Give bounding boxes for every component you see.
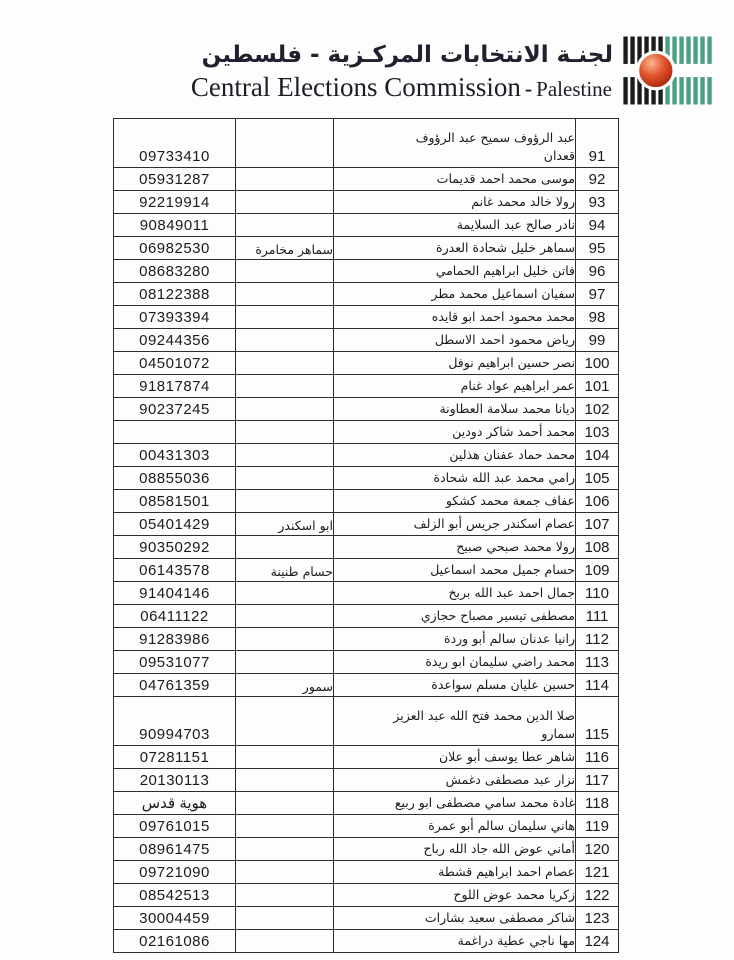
cell-national-id: 00431303	[114, 444, 236, 467]
cell-row-number: 105	[576, 467, 619, 490]
cell-name: حسين عليان مسلم سواعدة	[334, 674, 576, 697]
cell-row-number: 91	[576, 119, 619, 168]
cell-note	[236, 697, 334, 746]
cell-note	[236, 329, 334, 352]
table-row: 07281151شاهر عطا يوسف أبو علان116	[114, 746, 619, 769]
cell-row-number: 108	[576, 536, 619, 559]
cell-row-number: 116	[576, 746, 619, 769]
cell-national-id: 92219914	[114, 191, 236, 214]
cell-row-number: 99	[576, 329, 619, 352]
cell-note	[236, 628, 334, 651]
cell-national-id: 91283986	[114, 628, 236, 651]
cell-row-number: 113	[576, 651, 619, 674]
header-title-english-palestine: Palestine	[536, 77, 612, 101]
header-title-english-dash: -	[525, 76, 532, 101]
table-row: 06982530سماهر مخامرةسماهر خليل شحادة الع…	[114, 237, 619, 260]
cell-note	[236, 398, 334, 421]
cell-row-number: 95	[576, 237, 619, 260]
cell-name: غادة محمد سامي مصطفى ابو ربيع	[334, 792, 576, 815]
table-row: 91404146جمال احمد عبد الله بربخ110	[114, 582, 619, 605]
cell-row-number: 92	[576, 168, 619, 191]
cell-note	[236, 651, 334, 674]
table-row: 09721090عصام احمد ابراهيم قشطة121	[114, 861, 619, 884]
table-row: 92219914رولا خالد محمد غانم93	[114, 191, 619, 214]
cell-name: مها ناجي عطية دراغمة	[334, 930, 576, 953]
cell-note	[236, 260, 334, 283]
cec-logo-svg	[622, 35, 714, 106]
table-row: محمد أحمد شاكر دودين103	[114, 421, 619, 444]
cell-row-number: 120	[576, 838, 619, 861]
cell-name: رامي محمد عبد الله شحادة	[334, 467, 576, 490]
cell-note	[236, 536, 334, 559]
voter-table-body: 09733410عبد الرؤوف سميح عبد الرؤوف قعدان…	[114, 119, 619, 953]
cell-row-number: 124	[576, 930, 619, 953]
cell-note	[236, 119, 334, 168]
cell-note	[236, 861, 334, 884]
cell-row-number: 94	[576, 214, 619, 237]
cell-name: عصام احمد ابراهيم قشطة	[334, 861, 576, 884]
cell-row-number: 96	[576, 260, 619, 283]
cell-row-number: 114	[576, 674, 619, 697]
cell-name: نادر صالح عبد السلايمة	[334, 214, 576, 237]
cell-national-id: 06411122	[114, 605, 236, 628]
cell-row-number: 98	[576, 306, 619, 329]
cell-row-number: 107	[576, 513, 619, 536]
cell-name: رولا محمد صبحي صبيح	[334, 536, 576, 559]
cell-national-id: 04761359	[114, 674, 236, 697]
cell-name: شاهر عطا يوسف أبو علان	[334, 746, 576, 769]
cell-national-id: 02161086	[114, 930, 236, 953]
cell-note	[236, 421, 334, 444]
cell-name: أماني عوض الله جاد الله رباح	[334, 838, 576, 861]
cell-row-number: 103	[576, 421, 619, 444]
cell-name: رياض محمود احمد الاسطل	[334, 329, 576, 352]
cell-national-id: 08122388	[114, 283, 236, 306]
cell-name: زكريا محمد عوض اللوح	[334, 884, 576, 907]
table-row: 90994703صلا الدين محمد فتح الله عبد العز…	[114, 697, 619, 746]
cell-national-id: 05401429	[114, 513, 236, 536]
cell-national-id: 09244356	[114, 329, 236, 352]
table-row: 00431303محمد حماد عفنان هذلين104	[114, 444, 619, 467]
cell-row-number: 101	[576, 375, 619, 398]
cell-name: رانيا عدنان سالم أبو وردة	[334, 628, 576, 651]
header: لجنـة الانتخابات المركـزية - فلسطين Cent…	[0, 0, 734, 115]
cell-note: ابو اسكندر	[236, 513, 334, 536]
cell-row-number: 117	[576, 769, 619, 792]
cell-name: محمد حماد عفنان هذلين	[334, 444, 576, 467]
cell-national-id: 90994703	[114, 697, 236, 746]
cell-national-id: 06143578	[114, 559, 236, 582]
cell-note	[236, 930, 334, 953]
table-row: 08855036رامي محمد عبد الله شحادة105	[114, 467, 619, 490]
cell-row-number: 100	[576, 352, 619, 375]
table-row: 05401429ابو اسكندرعصام اسكندر جريس أبو ا…	[114, 513, 619, 536]
cell-note	[236, 884, 334, 907]
cell-note	[236, 582, 334, 605]
cell-name: هاني سليمان سالم أبو عمرة	[334, 815, 576, 838]
cell-row-number: 102	[576, 398, 619, 421]
cell-row-number: 106	[576, 490, 619, 513]
table-row: 09761015هاني سليمان سالم أبو عمرة119	[114, 815, 619, 838]
cell-national-id: 09721090	[114, 861, 236, 884]
cell-name: رولا خالد محمد غانم	[334, 191, 576, 214]
logo-red-ball	[638, 52, 675, 89]
cell-note	[236, 375, 334, 398]
cell-national-id: 08683280	[114, 260, 236, 283]
cell-name: نزار عبد مصطفى دغمش	[334, 769, 576, 792]
table-row: 91817874عمر ابراهيم عواد غنام101	[114, 375, 619, 398]
cell-name: محمد محمود احمد ابو قايده	[334, 306, 576, 329]
table-row: 08542513زكريا محمد عوض اللوح122	[114, 884, 619, 907]
cell-name: حسام جميل محمد اسماعيل	[334, 559, 576, 582]
table-row: 08122388سفيان اسماعيل محمد مطر97	[114, 283, 619, 306]
cell-note	[236, 769, 334, 792]
table-row: 06143578حسام طنينةحسام جميل محمد اسماعيل…	[114, 559, 619, 582]
cell-name: سماهر خليل شحادة العدرة	[334, 237, 576, 260]
cell-national-id: 09733410	[114, 119, 236, 168]
cell-national-id: 07393394	[114, 306, 236, 329]
cell-name: صلا الدين محمد فتح الله عبد العزيز سمارو	[334, 697, 576, 746]
cell-note	[236, 168, 334, 191]
cell-note	[236, 191, 334, 214]
cell-note	[236, 907, 334, 930]
table-row: 91283986رانيا عدنان سالم أبو وردة112	[114, 628, 619, 651]
cell-note	[236, 444, 334, 467]
cell-name: عبد الرؤوف سميح عبد الرؤوف قعدان	[334, 119, 576, 168]
cell-row-number: 111	[576, 605, 619, 628]
table-row: 08961475أماني عوض الله جاد الله رباح120	[114, 838, 619, 861]
cec-logo-icon	[622, 35, 714, 106]
table-row: 09531077محمد راضي سليمان ابو ريدة113	[114, 651, 619, 674]
cell-name: عفاف جمعة محمد كشكو	[334, 490, 576, 513]
table-row: 02161086مها ناجي عطية دراغمة124	[114, 930, 619, 953]
cell-name: عصام اسكندر جريس أبو الزلف	[334, 513, 576, 536]
table-row: 08581501عفاف جمعة محمد كشكو106	[114, 490, 619, 513]
table-row: 04501072نصر حسين ابراهيم نوفل100	[114, 352, 619, 375]
cell-row-number: 104	[576, 444, 619, 467]
cell-row-number: 112	[576, 628, 619, 651]
table-row: 05931287موسى محمد احمد قديمات92	[114, 168, 619, 191]
cell-row-number: 110	[576, 582, 619, 605]
cell-national-id	[114, 421, 236, 444]
cell-national-id: 09761015	[114, 815, 236, 838]
header-title-english: Central Elections Commission - Palestine	[191, 72, 612, 103]
cell-national-id: 90350292	[114, 536, 236, 559]
cell-note	[236, 792, 334, 815]
cell-national-id: هوية قدس	[114, 792, 236, 815]
cell-national-id: 20130113	[114, 769, 236, 792]
cell-name: موسى محمد احمد قديمات	[334, 168, 576, 191]
cell-national-id: 30004459	[114, 907, 236, 930]
cell-note	[236, 283, 334, 306]
document-page: لجنـة الانتخابات المركـزية - فلسطين Cent…	[0, 0, 734, 960]
cell-national-id: 08542513	[114, 884, 236, 907]
cell-note	[236, 838, 334, 861]
cell-national-id: 90849011	[114, 214, 236, 237]
cell-name: محمد راضي سليمان ابو ريدة	[334, 651, 576, 674]
table-row: 90849011نادر صالح عبد السلايمة94	[114, 214, 619, 237]
cell-row-number: 122	[576, 884, 619, 907]
cell-name: مصطفى تيسير مصباح حجازي	[334, 605, 576, 628]
table-row: 07393394محمد محمود احمد ابو قايده98	[114, 306, 619, 329]
cell-national-id: 08581501	[114, 490, 236, 513]
cell-note: حسام طنينة	[236, 559, 334, 582]
cell-name: جمال احمد عبد الله بربخ	[334, 582, 576, 605]
header-title-arabic: لجنـة الانتخابات المركـزية - فلسطين	[202, 42, 613, 68]
cell-national-id: 08855036	[114, 467, 236, 490]
cell-note	[236, 352, 334, 375]
cell-note	[236, 605, 334, 628]
cell-name: شاكر مصطفى سعيد بشارات	[334, 907, 576, 930]
cell-row-number: 109	[576, 559, 619, 582]
cell-note	[236, 214, 334, 237]
cell-name: نصر حسين ابراهيم نوفل	[334, 352, 576, 375]
cell-national-id: 91817874	[114, 375, 236, 398]
cell-name: عمر ابراهيم عواد غنام	[334, 375, 576, 398]
cell-name: سفيان اسماعيل محمد مطر	[334, 283, 576, 306]
cell-national-id: 90237245	[114, 398, 236, 421]
table-row: 30004459شاكر مصطفى سعيد بشارات123	[114, 907, 619, 930]
table-row: 08683280فاتن خليل ابراهيم الحمامي96	[114, 260, 619, 283]
table-row: 09244356رياض محمود احمد الاسطل99	[114, 329, 619, 352]
cell-note: سماهر مخامرة	[236, 237, 334, 260]
cell-note: سمور	[236, 674, 334, 697]
cell-row-number: 121	[576, 861, 619, 884]
cell-row-number: 115	[576, 697, 619, 746]
cell-national-id: 08961475	[114, 838, 236, 861]
header-title-english-main: Central Elections Commission	[191, 72, 521, 102]
cell-note	[236, 490, 334, 513]
cell-national-id: 91404146	[114, 582, 236, 605]
cell-note	[236, 467, 334, 490]
table-row: 09733410عبد الرؤوف سميح عبد الرؤوف قعدان…	[114, 119, 619, 168]
table-row: 20130113نزار عبد مصطفى دغمش117	[114, 769, 619, 792]
table-row: 90237245ديانا محمد سلامة العطاونة102	[114, 398, 619, 421]
cell-name: ديانا محمد سلامة العطاونة	[334, 398, 576, 421]
cell-national-id: 09531077	[114, 651, 236, 674]
cell-national-id: 05931287	[114, 168, 236, 191]
cell-row-number: 97	[576, 283, 619, 306]
cell-national-id: 07281151	[114, 746, 236, 769]
cell-name: فاتن خليل ابراهيم الحمامي	[334, 260, 576, 283]
cell-national-id: 04501072	[114, 352, 236, 375]
cell-note	[236, 746, 334, 769]
table-row: 04761359سمورحسين عليان مسلم سواعدة114	[114, 674, 619, 697]
cell-national-id: 06982530	[114, 237, 236, 260]
cell-row-number: 123	[576, 907, 619, 930]
cell-row-number: 93	[576, 191, 619, 214]
cell-note	[236, 815, 334, 838]
table-row: 90350292رولا محمد صبحي صبيح108	[114, 536, 619, 559]
voter-table: 09733410عبد الرؤوف سميح عبد الرؤوف قعدان…	[113, 118, 619, 953]
cell-name: محمد أحمد شاكر دودين	[334, 421, 576, 444]
table-row: 06411122مصطفى تيسير مصباح حجازي111	[114, 605, 619, 628]
cell-row-number: 118	[576, 792, 619, 815]
cell-note	[236, 306, 334, 329]
table-row: هوية قدسغادة محمد سامي مصطفى ابو ربيع118	[114, 792, 619, 815]
cell-row-number: 119	[576, 815, 619, 838]
